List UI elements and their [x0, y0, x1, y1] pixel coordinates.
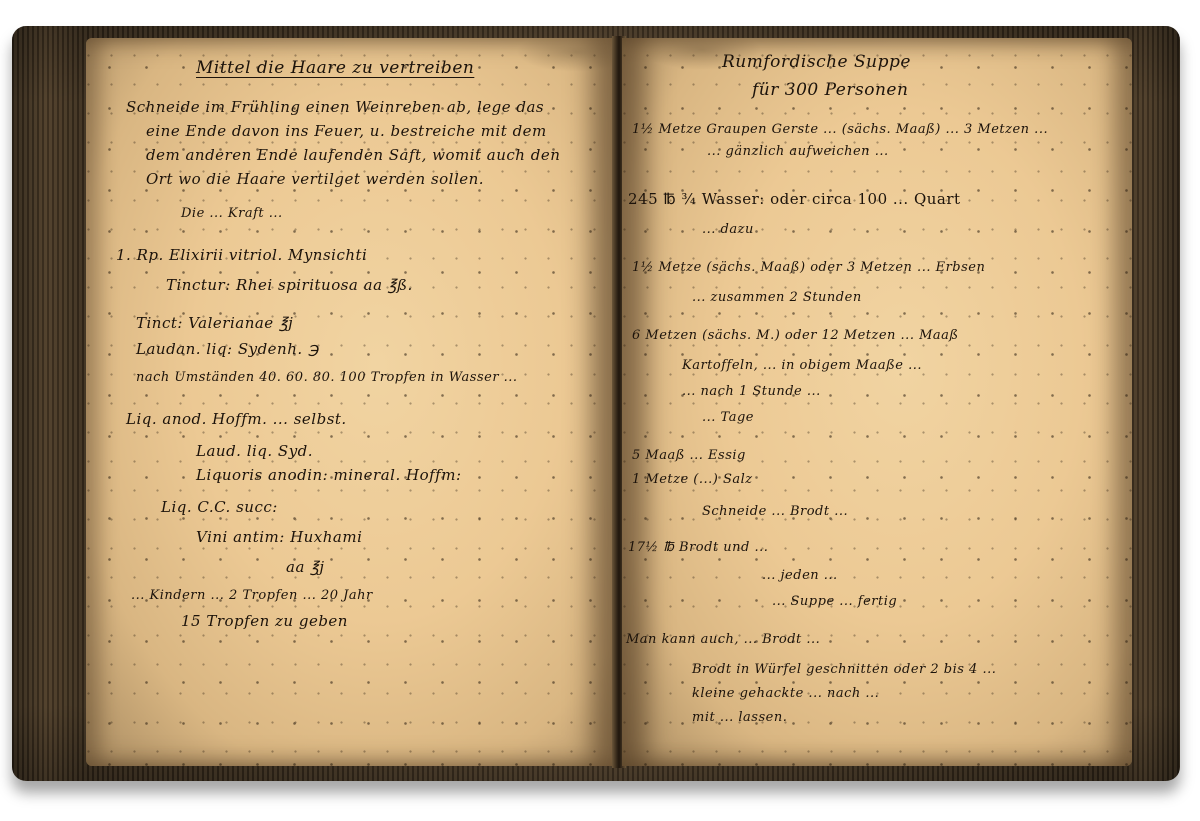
left-line: 15 Tropfen zu geben [181, 612, 348, 630]
right-line: ... Tage [702, 410, 754, 425]
right-line: ... zusammen 2 Stunden [692, 290, 862, 305]
left-line: aa ℥j [286, 558, 324, 576]
left-page-heading: Mittel die Haare zu vertreiben [196, 58, 474, 78]
left-line: Vini antim: Huxhami [196, 528, 362, 546]
right-line: ... jeden ... [762, 568, 838, 583]
right-page: Rumfordische Suppe für 300 Personen 1½ M… [622, 38, 1132, 766]
left-line: dem anderen Ende laufenden Saft, womit a… [146, 146, 560, 164]
right-line: Kartoffeln, ... in obigem Maaße ... [682, 358, 922, 373]
left-line: Liq. C.C. succ: [161, 498, 278, 516]
right-line: ... dazu [702, 222, 754, 237]
left-line: eine Ende davon ins Feuer, u. bestreiche… [146, 122, 547, 140]
right-line: Brodt in Würfel geschnitten oder 2 bis 4… [692, 662, 996, 677]
left-line: Liquoris anodin: mineral. Hoffm: [196, 466, 462, 484]
right-line: 1½ Metze (sächs. Maaß) oder 3 Metzen ...… [632, 260, 985, 275]
left-line: Die ... Kraft ... [181, 206, 283, 221]
right-page-heading-1: Rumfordische Suppe [722, 52, 911, 72]
right-line: mit ... lassen. [692, 710, 787, 725]
right-line: Schneide ... Brodt ... [702, 504, 848, 519]
left-line: 1. Rp. Elixirii vitriol. Mynsichti [116, 246, 367, 264]
right-page-heading-2: für 300 Personen [752, 80, 908, 100]
left-line: Tinct: Valerianae ℥j [136, 314, 293, 332]
right-line: ... nach 1 Stunde ... [682, 384, 821, 399]
left-line: Tinctur: Rhei spirituosa aa ℥ß. [166, 276, 413, 294]
right-line: Man kann auch, ... Brodt ... [626, 632, 820, 647]
left-line: ... Kindern ... 2 Tropfen ... 20 Jahr [131, 588, 373, 603]
right-line: 5 Maaß ... Essig [632, 448, 746, 463]
right-line: kleine gehackte ... nach ... [692, 686, 879, 701]
right-line: ... gänzlich aufweichen ... [707, 144, 889, 159]
right-line: 17½ ℔ Brodt und ... [628, 540, 768, 555]
left-line: Laud. liq. Syd. [196, 442, 313, 460]
right-line: 6 Metzen (sächs. M.) oder 12 Metzen ... … [632, 328, 959, 343]
left-line: Ort wo die Haare vertilget werden sollen… [146, 170, 484, 188]
right-line: 1½ Metze Graupen Gerste ... (sächs. Maaß… [632, 122, 1048, 137]
left-line: Laudan. liq: Sydenh. ℈ [136, 340, 319, 358]
left-page: Mittel die Haare zu vertreiben Schneide … [86, 38, 616, 766]
ink-stain [516, 38, 616, 72]
left-line: nach Umständen 40. 60. 80. 100 Tropfen i… [136, 370, 518, 385]
left-line: Schneide im Frühling einen Weinreben ab,… [126, 98, 544, 116]
right-line: 1 Metze (...) Salz [632, 472, 753, 487]
left-line: Liq. anod. Hoffm. ... selbst. [126, 410, 347, 428]
open-book: Mittel die Haare zu vertreiben Schneide … [12, 26, 1180, 781]
right-line: 245 ℔ ¾ Wasser: oder circa 100 ... Quart [628, 190, 961, 208]
right-line: ... Suppe ... fertig [772, 594, 897, 609]
